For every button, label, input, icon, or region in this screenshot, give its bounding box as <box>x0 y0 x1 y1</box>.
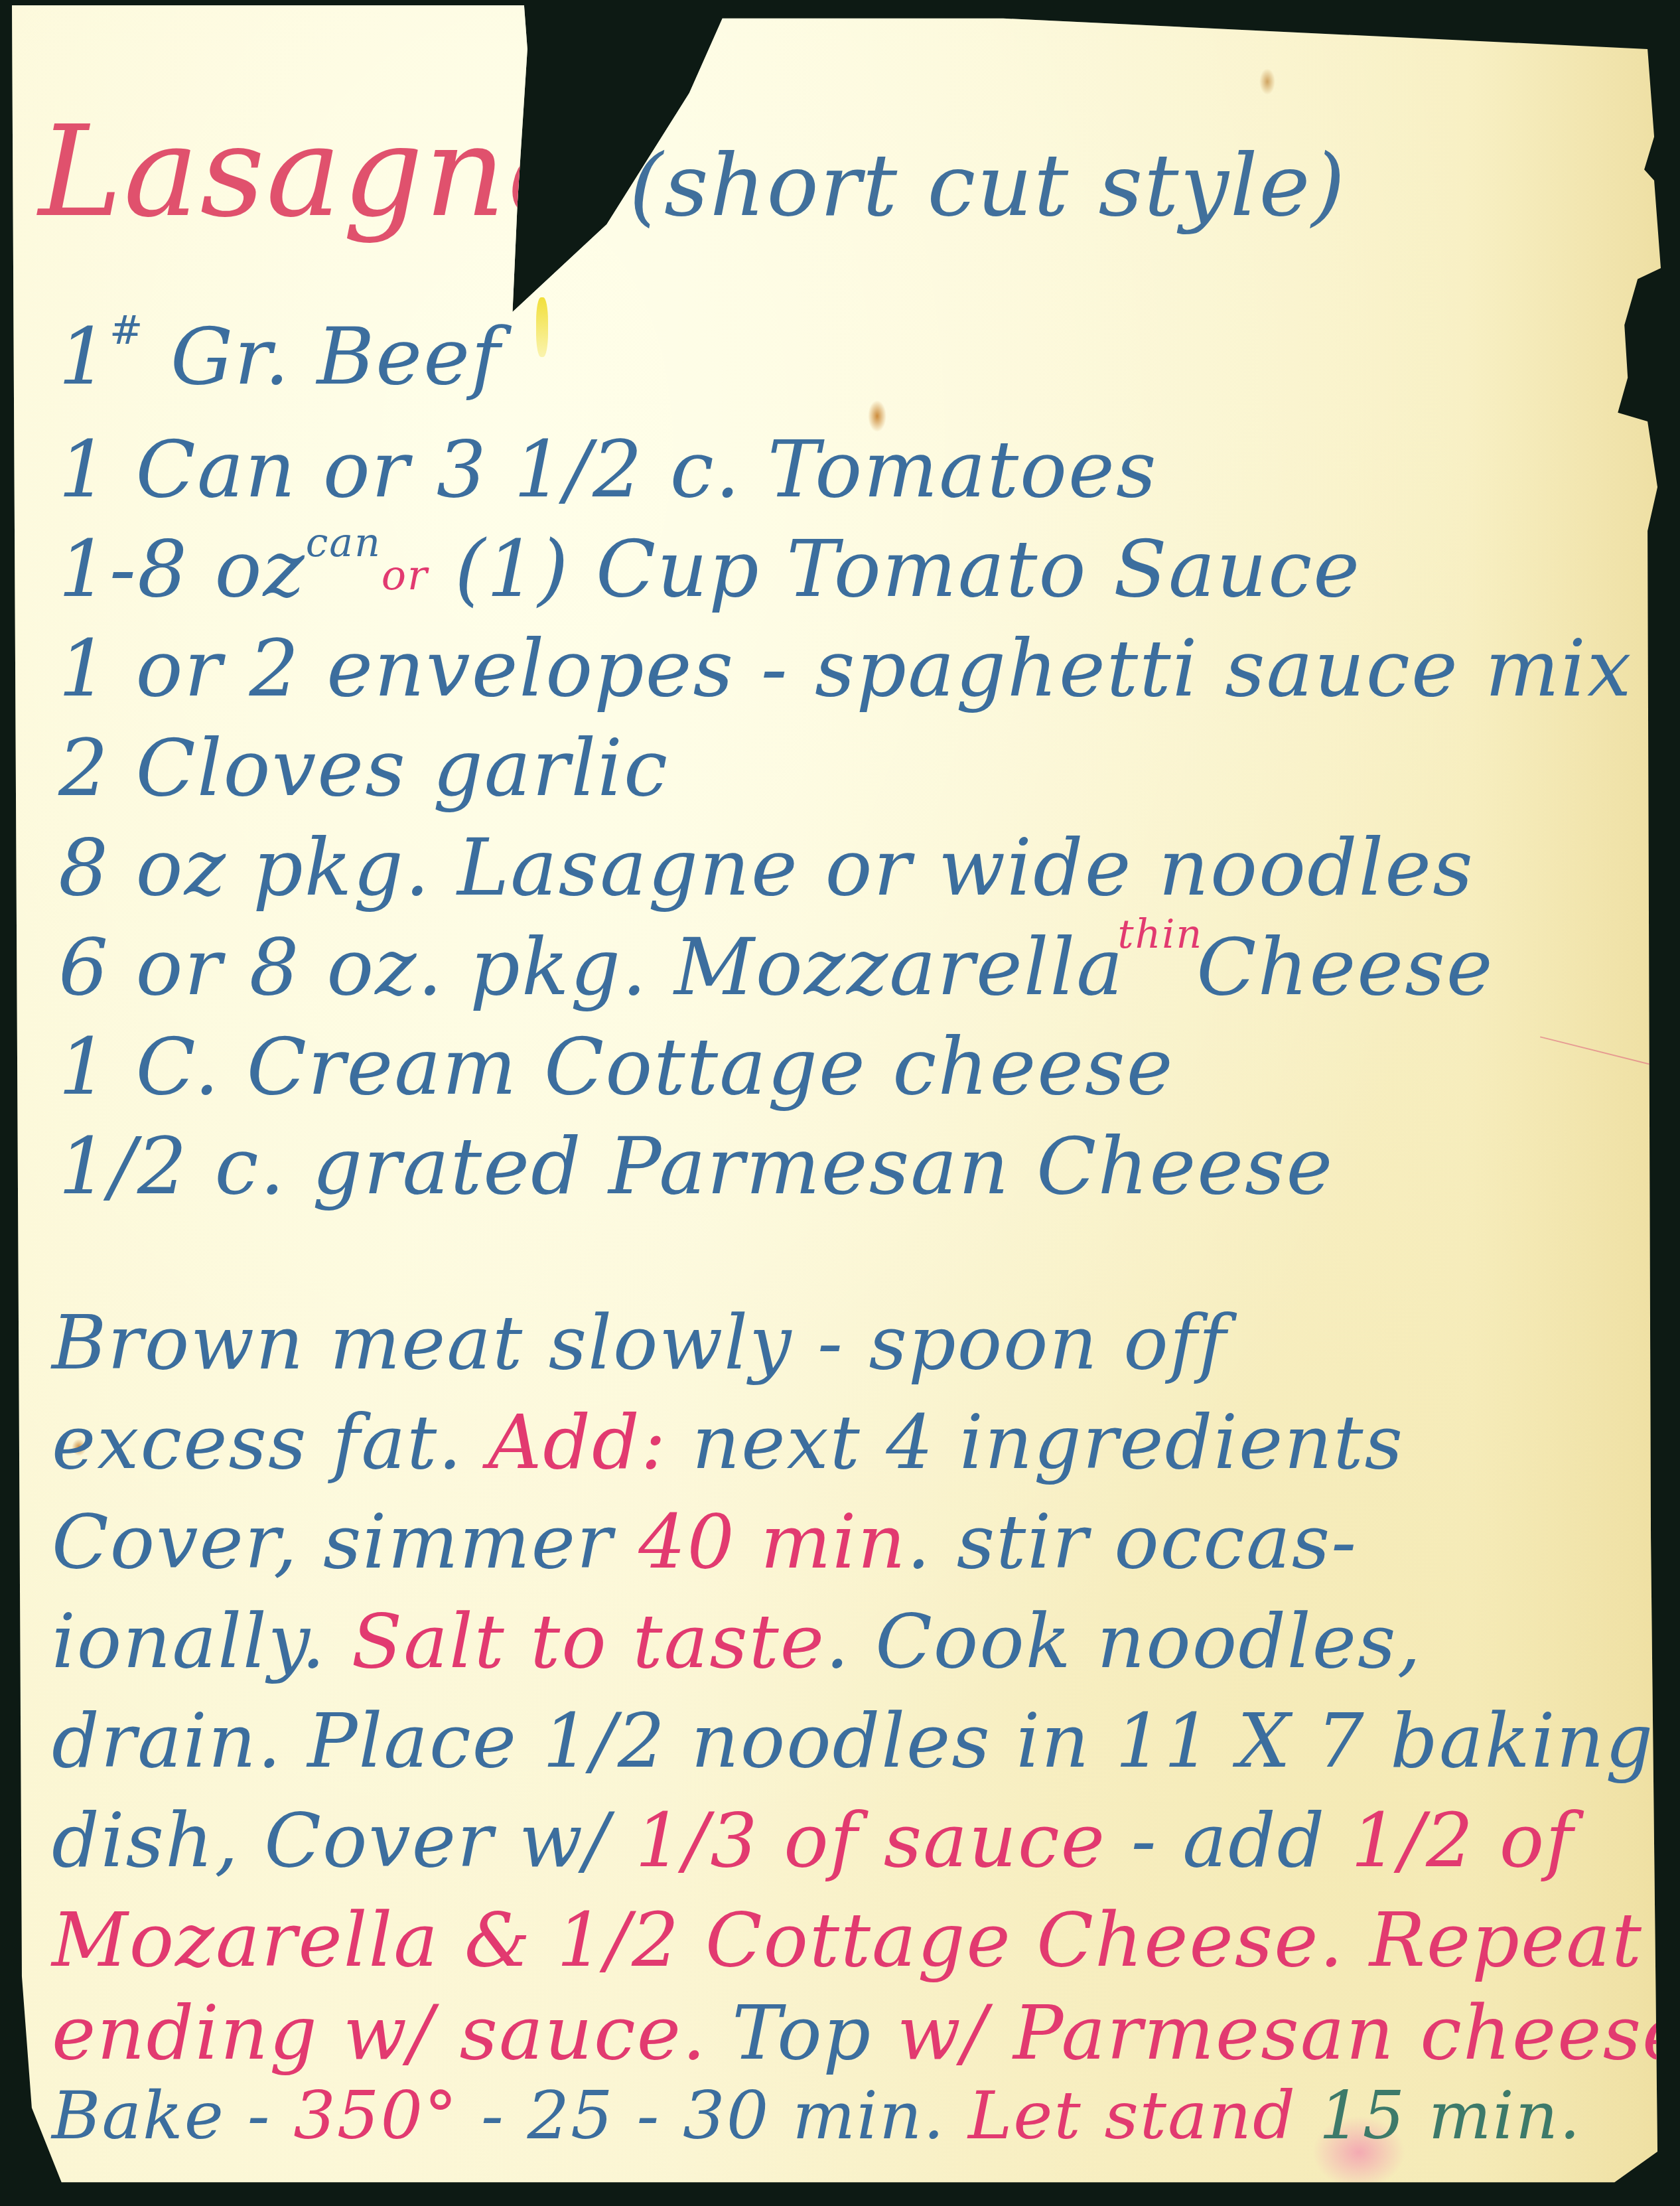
ingredient-item: 6 or 8 oz. pkg. MozzarellathinCheese <box>58 928 1494 1006</box>
direction-line: ionally. Salt to taste. Cook noodles, <box>52 1605 1422 1679</box>
direction-line: dish, Cover w/ 1/3 of sauce - add 1/2 of <box>52 1804 1575 1878</box>
title-main: Lasagne <box>38 98 583 245</box>
yellow-highlight-mark <box>536 297 548 357</box>
direction-line: Mozarella & 1/2 Cottage Cheese. Repeat l… <box>52 1903 1680 1978</box>
direction-line: Brown meat slowly - spoon off <box>52 1306 1227 1380</box>
ingredient-item: 1 Can or 3 1/2 c. Tomatoes <box>58 430 1157 508</box>
ingredient-item: 1/2 c. grated Parmesan Cheese <box>58 1127 1334 1205</box>
stain-mark <box>1259 68 1275 95</box>
ingredient-item: 1 C. Cream Cottage cheese <box>58 1027 1174 1106</box>
direction-line: Cover, simmer 40 min. stir occas- <box>52 1505 1358 1580</box>
ingredient-item: 2 Cloves garlic <box>58 729 669 807</box>
scanned-recipe-card: Lasagne (short cut style) 1# Gr. Beef 1 … <box>0 0 1680 2206</box>
stray-pen-line <box>1540 1036 1680 1072</box>
alt-note-red: or <box>382 551 429 599</box>
thin-note-red: thin <box>1118 911 1204 958</box>
title-subtitle: (short cut style) <box>629 135 1346 236</box>
direction-line: Bake - 350° - 25 - 30 min. Let stand 15 … <box>52 2083 1582 2149</box>
paper-sheet: Lasagne (short cut style) 1# Gr. Beef 1 … <box>12 5 1664 2195</box>
ingredient-item: 1-8 ozcanor (1) Cup Tomato Sauce <box>58 530 1361 608</box>
direction-line: excess fat. Add: next 4 ingredients <box>52 1406 1404 1480</box>
ingredient-item: 1# Gr. Beef <box>58 317 502 396</box>
direction-line: drain. Place 1/2 noodles in 11 X 7 bakin… <box>52 1704 1654 1779</box>
direction-line: ending w/ sauce. Top w/ Parmesan cheese <box>52 1996 1680 2071</box>
ingredient-item: 1 or 2 envelopes - spaghetti sauce mix <box>58 629 1632 707</box>
ingredient-item: 8 oz pkg. Lasagne or wide noodles <box>58 828 1474 907</box>
recipe-title: Lasagne (short cut style) <box>38 98 1346 245</box>
